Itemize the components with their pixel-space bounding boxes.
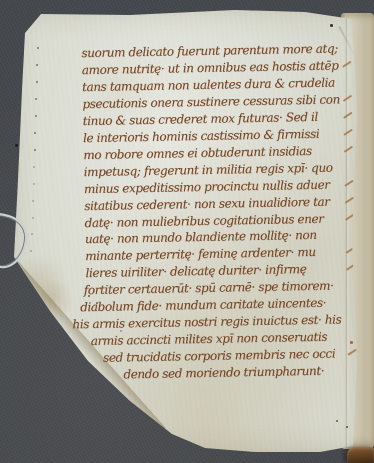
line-filler-mark: [345, 196, 354, 203]
line-filler-mark: [347, 349, 356, 356]
manuscript-text: datę· non muliebribus cogitationibus ene…: [84, 211, 323, 229]
line-filler-mark: [344, 179, 353, 186]
line-filler-mark: [343, 111, 352, 118]
line-filler-mark: [342, 61, 351, 68]
manuscript-text: tinuo & suas crederet mox futuras· Sed i…: [83, 110, 318, 128]
manuscript-text: mo robore omnes ei obtuderunt insidias: [83, 144, 312, 162]
line-filler-mark: [343, 128, 352, 135]
line-filler-mark: [345, 213, 354, 220]
manuscript-text: suorum delicato fuerunt parentum more at…: [81, 41, 338, 60]
line-filler-mark: [343, 95, 352, 102]
dark-speck: [15, 144, 18, 147]
manuscript-text: minante perterritę· feminę ardenter· mu: [85, 245, 316, 263]
manuscript-text: dendo sed moriendo triumpharunt·: [123, 364, 324, 382]
manuscript-text: le interioris hominis castissimo & firmi…: [83, 127, 319, 145]
line-filler-mark: [344, 145, 353, 152]
manuscript-photo: suorum delicato fuerunt parentum more at…: [0, 0, 374, 463]
binding-corner: [347, 447, 374, 463]
manuscript-text: lieres uiriliter· delicatę duriter· infi…: [85, 262, 306, 280]
metal-clip-wire: [0, 200, 34, 290]
manuscript-text: uatę· non mundo blandiente mollitę· non: [85, 228, 317, 246]
manuscript-text: sed trucidatis corporis membris nec occi: [103, 347, 335, 365]
manuscript-text: armis accincti milites xpī non conseruat…: [91, 330, 328, 348]
